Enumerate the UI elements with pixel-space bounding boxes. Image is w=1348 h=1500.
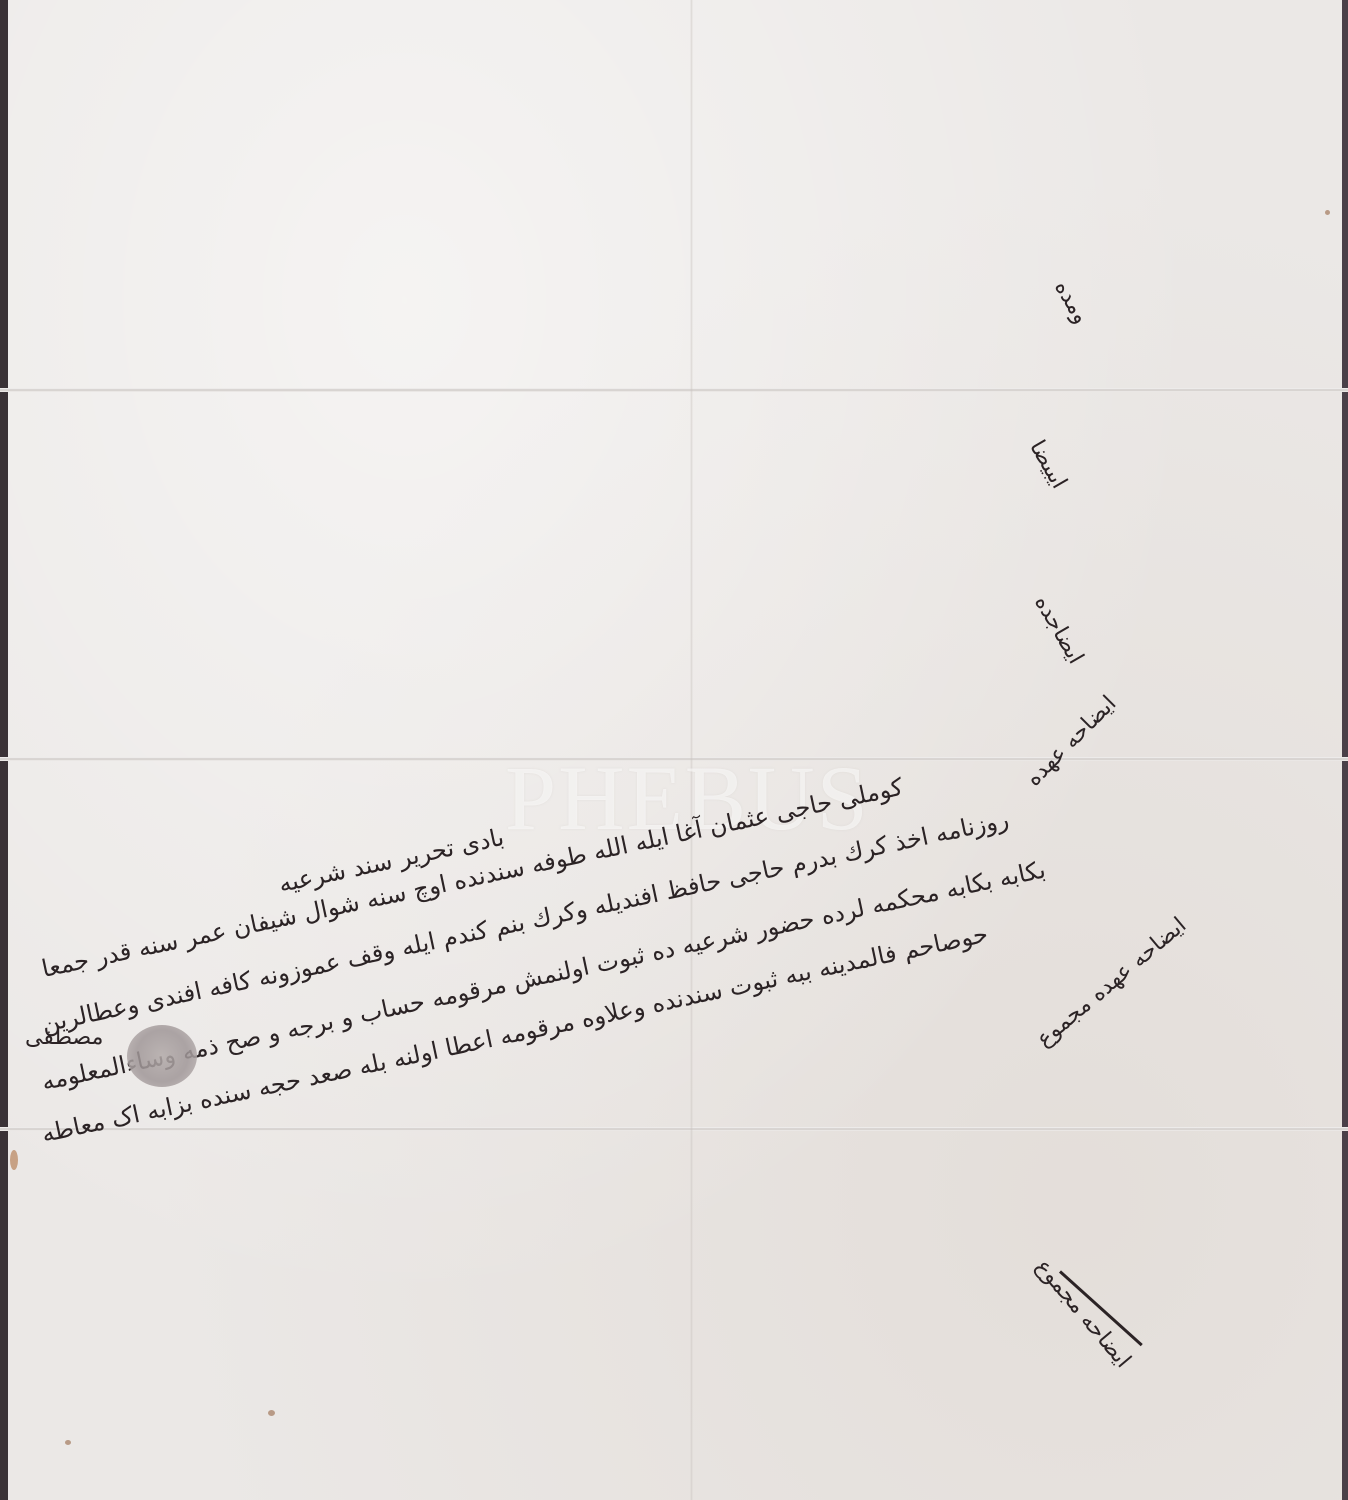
stain: [1325, 210, 1330, 215]
marginal-note: ايبيضا: [1024, 436, 1071, 493]
fold-line: [0, 388, 1348, 392]
stain: [65, 1440, 71, 1445]
marginal-note: ومده: [1049, 276, 1093, 328]
fold-line: [0, 1127, 1348, 1131]
stain: [268, 1410, 275, 1416]
signature-name: مصطفی: [25, 1025, 103, 1050]
seal-stamp: [127, 1025, 197, 1087]
marginal-note: ايضاجده: [1029, 591, 1088, 668]
marginal-note: ايضاحه عهده مجموع: [1032, 913, 1191, 1052]
marginal-note: ايضاحه مجموع: [1030, 1254, 1135, 1372]
marginal-note: ايضاحه عهده: [1021, 691, 1121, 791]
page-right-edge: [1342, 0, 1348, 1500]
stain: [10, 1150, 18, 1170]
page-left-edge: [0, 0, 8, 1500]
document-photo: PHEBUS ومده ايبيضا ايضاجده ايضاحه عهده ا…: [0, 0, 1348, 1500]
